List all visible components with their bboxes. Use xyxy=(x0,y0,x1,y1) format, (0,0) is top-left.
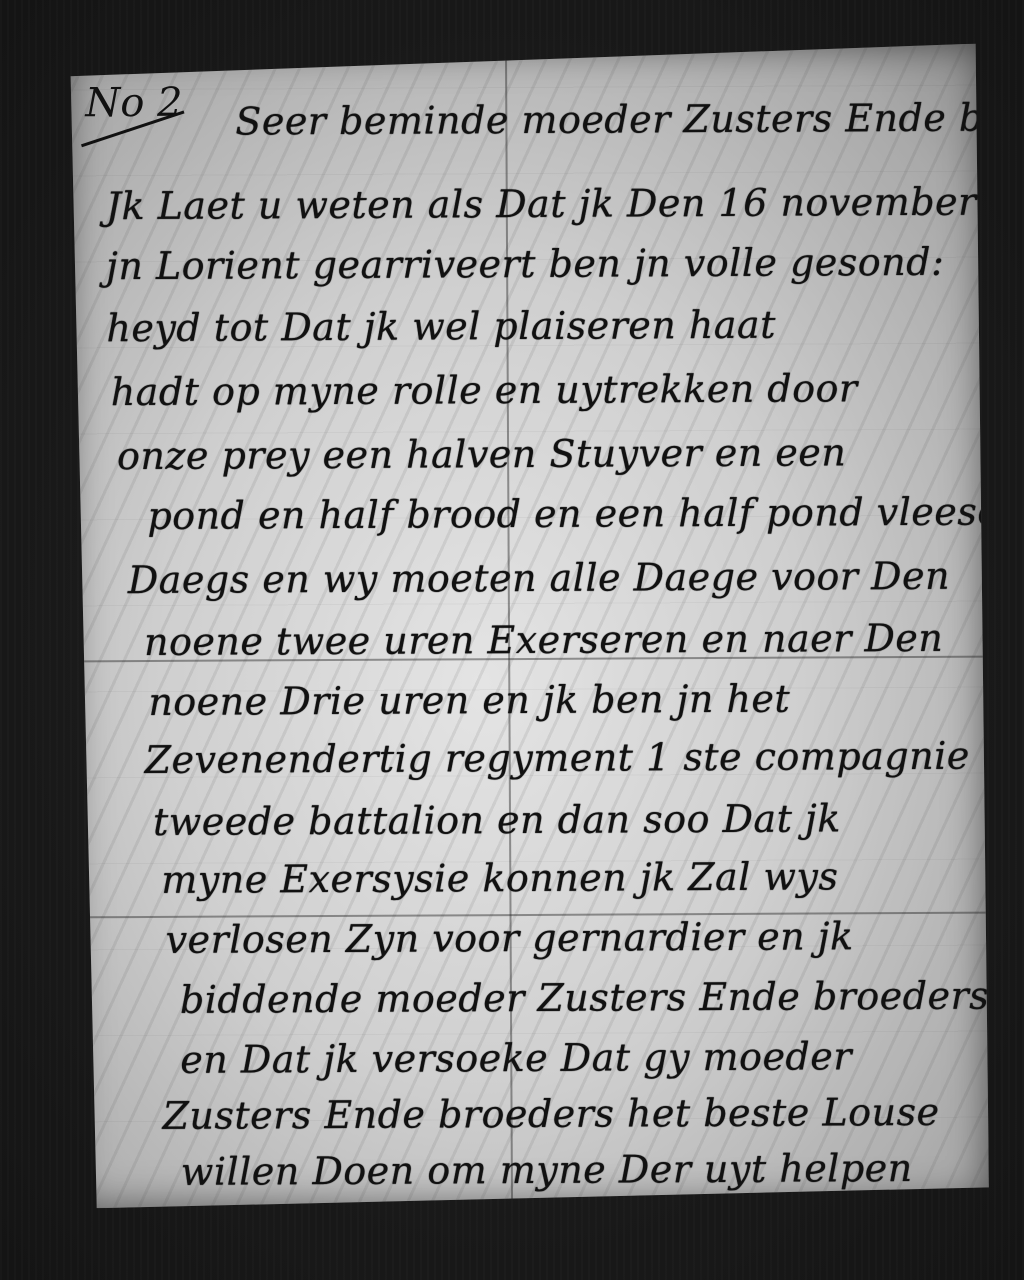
letter-line: jn Lorient gearriveert ben jn volle geso… xyxy=(106,240,944,288)
letter-line: en Dat jk versoeke Dat gy moeder xyxy=(180,1034,852,1082)
letter-line: biddende moeder Zusters Ende broeders xyxy=(180,974,989,1022)
letter-line: myne Exersysie konnen jk Zal wys xyxy=(161,854,838,902)
letter-line: Seer beminde moeder Zusters Ende broeder… xyxy=(235,95,1024,144)
letter-line: Jk Laet u weten als Dat jk Den 16 novemb… xyxy=(106,180,977,229)
letter-line: Zevenendertig regyment 1 ste compagnie xyxy=(145,734,970,782)
letter-line: heyd tot Dat jk wel plaiseren haat xyxy=(106,303,776,351)
letter-line: tweede battalion en dan soo Dat jk xyxy=(153,796,841,844)
letter-line: onze prey een halven Stuyver en een xyxy=(117,430,846,478)
letter-line: pond en half brood en een half pond vlee… xyxy=(147,489,1024,538)
letter-line: willen Doen om myne Der uyt helpen xyxy=(181,1146,913,1194)
letter-line: Zusters Ende broeders het beste Louse xyxy=(162,1090,939,1138)
letter-page: No 2 Seer beminde moeder Zusters Ende br… xyxy=(65,44,989,1209)
letter-line: noene Drie uren en jk ben jn het xyxy=(148,677,790,724)
letter-line: verlosen Zyn voor gernardier en jk xyxy=(166,914,854,962)
page-number: No 2 xyxy=(85,80,182,127)
letter-line: hadt op myne rolle en uytrekken door xyxy=(111,366,858,414)
letter-line: Daegs en wy moeten alle Daege voor Den xyxy=(128,554,951,602)
letter-line: noene twee uren Exerseren en naer Den xyxy=(144,616,943,664)
